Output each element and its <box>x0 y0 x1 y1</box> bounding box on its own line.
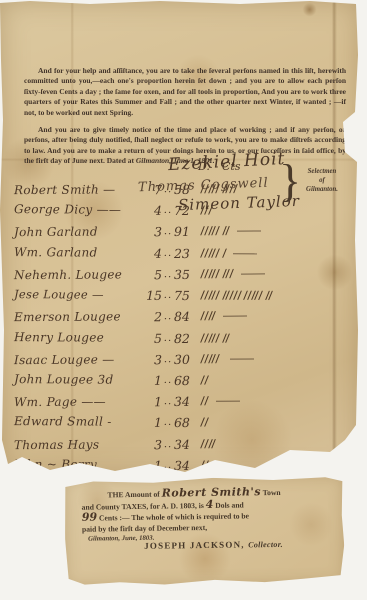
taxpayer-name: John Garland <box>14 225 142 240</box>
tally-mark <box>204 375 209 385</box>
slip-line1-suffix: Town <box>261 488 281 497</box>
tally-dash-line <box>230 358 254 359</box>
tax-list: Robert Smith —7..58George Dicy ——4..72Jo… <box>14 179 348 475</box>
tally-dash-line <box>216 400 240 401</box>
tax-dollars: 3 <box>142 351 162 366</box>
tax-cents: 75 <box>174 288 198 303</box>
tally-mark <box>208 205 213 215</box>
tax-cents: 84 <box>174 309 198 324</box>
tally-mark <box>204 460 209 470</box>
taxpayer-name: Edward Small - <box>14 415 142 430</box>
slip-dollars-amount: 4 <box>206 497 214 510</box>
column-header-dollars: D. <box>198 160 210 173</box>
taxpayer-name: John Lougee 3d <box>14 372 142 387</box>
tally-mark <box>237 291 242 301</box>
taxpayer-name: George Dicy —— <box>14 202 142 217</box>
taxpayer-name: Thomas Hays <box>14 437 142 452</box>
tax-cents: 23 <box>174 245 198 260</box>
warrant-paragraph-1: And for your help and aſſiſtance, you ar… <box>24 66 346 118</box>
tally-marks <box>202 353 254 363</box>
tax-cents: 34 <box>174 436 198 451</box>
tax-dollars: 15 <box>142 287 162 302</box>
tax-separator: .. <box>162 268 174 279</box>
tally-mark <box>229 269 234 279</box>
tally-mark <box>200 460 205 470</box>
tally-mark <box>215 354 220 364</box>
tax-separator: .. <box>162 205 174 216</box>
slip-line2-suffix: Dols and <box>213 500 244 509</box>
taxpayer-name: Emerson Lougee <box>14 310 142 325</box>
tally-mark <box>215 248 220 258</box>
tax-dollars: 7 <box>142 182 162 197</box>
tax-row: Isaac Lougee —3..30 <box>14 348 348 370</box>
tax-separator: .. <box>162 311 174 322</box>
tally-marks <box>202 205 213 215</box>
tally-marks <box>202 396 240 406</box>
tax-cents: 82 <box>174 330 198 345</box>
tally-mark <box>233 184 238 194</box>
taxpayer-name: Henry Lougee <box>14 330 142 345</box>
tax-dollars: 3 <box>142 224 162 239</box>
slip-cents-amount: 99 <box>82 511 97 524</box>
tax-cents: 58 <box>174 181 198 196</box>
taxpayer-name: Isaac Lougee — <box>14 352 142 367</box>
document-photo: And for your help and aſſiſtance, you ar… <box>0 0 367 600</box>
tax-separator: .. <box>162 417 174 428</box>
tally-mark <box>215 184 220 194</box>
tax-cents: 35 <box>174 266 198 281</box>
tally-dash-line <box>237 230 261 231</box>
tally-marks <box>202 333 231 343</box>
tally-marks <box>202 438 217 448</box>
tax-row: Jese Lougee —15..75 <box>14 284 348 306</box>
tax-cents: 72 <box>174 203 198 218</box>
tax-row: Emerson Lougee2..84 <box>14 305 348 327</box>
slip-line2-prefix: and County TAXES, for A. D. 1803, is <box>82 501 206 512</box>
tax-separator: .. <box>162 226 174 237</box>
tax-receipt-slip: THE Amount of Robert Smith's Town and Co… <box>63 475 345 588</box>
tax-row: George Dicy ——4..72 <box>14 199 348 221</box>
tax-row: Thomas Hays3..34 <box>14 432 348 454</box>
tax-separator: .. <box>162 459 174 470</box>
tally-mark <box>212 311 217 321</box>
tax-dollars: 1 <box>142 372 162 387</box>
tax-row: Henry Lougee5..82 <box>14 327 348 349</box>
tax-dollars: 4 <box>142 245 162 260</box>
tally-mark <box>215 290 220 300</box>
tally-marks <box>202 460 210 470</box>
tax-separator: .. <box>162 353 174 364</box>
tax-separator: .. <box>162 374 174 385</box>
tax-dollars: 3 <box>142 436 162 451</box>
tax-dollars: 5 <box>142 267 162 282</box>
taxpayer-name: Jese Lougee — <box>14 287 142 302</box>
slip-line3-text: Cents :— The whole of which is required … <box>97 512 249 523</box>
tax-dollars: 1 <box>142 457 162 472</box>
tally-dash-line <box>233 252 257 253</box>
tally-mark <box>226 226 231 236</box>
tax-dollars: 1 <box>142 415 162 430</box>
tax-row: John Garland3..91 <box>14 220 348 242</box>
tally-marks <box>202 311 247 321</box>
tally-marks <box>202 226 261 236</box>
taxpayer-name: Nehemh. Lougee <box>14 267 142 282</box>
selectmen-caption-line1: Selectmen <box>297 167 347 176</box>
tax-separator: .. <box>162 438 174 449</box>
tax-separator: .. <box>162 289 174 300</box>
tax-cents: 34 <box>174 394 198 409</box>
taxpayer-name: Wm. Page —— <box>14 394 142 409</box>
collector-name: JOSEPH JACKSON, <box>144 539 248 550</box>
tax-warrant-document: And for your help and aſſiſtance, you ar… <box>0 0 360 478</box>
tally-mark <box>258 291 263 301</box>
tally-dash-line <box>241 273 265 274</box>
tax-row: Wm. Garland4..23 <box>14 242 348 264</box>
tally-marks <box>202 375 210 385</box>
tax-row: Edward Small -1..68 <box>14 412 348 434</box>
tally-mark <box>204 396 209 406</box>
tax-row: Nehemh. Lougee5..35 <box>14 263 348 285</box>
tax-separator: .. <box>162 332 174 343</box>
taxpayer-name: Wm. Garland <box>14 245 142 260</box>
tax-cents: 68 <box>174 372 198 387</box>
tax-dollars: 4 <box>142 203 162 218</box>
tax-row: John Lougee 3d1..68 <box>14 369 348 391</box>
tally-mark <box>215 269 220 279</box>
tax-separator: .. <box>162 184 174 195</box>
tax-dollars: 1 <box>142 394 162 409</box>
tally-mark <box>222 248 227 258</box>
tax-cents: 34 <box>174 457 198 472</box>
tax-separator: .. <box>162 247 174 258</box>
tally-mark <box>215 226 220 236</box>
tax-row: Robert Smith —7..58 <box>14 178 348 200</box>
slip-line1-prefix: THE Amount of <box>107 490 161 500</box>
tally-marks <box>202 184 239 194</box>
slip-body: THE Amount of Robert Smith's Town and Co… <box>81 486 328 553</box>
tax-row: John ~ Berry1..34 <box>14 454 348 476</box>
tally-marks <box>202 418 210 428</box>
taxpayer-name: John ~ Berry <box>14 457 142 472</box>
collector-title: Collector. <box>248 540 283 549</box>
taxpayer-name: Robert Smith — <box>14 182 142 197</box>
tax-cents: 30 <box>174 351 198 366</box>
column-header-cents: Cts <box>222 160 240 173</box>
tally-marks <box>202 268 265 278</box>
tax-separator: .. <box>162 396 174 407</box>
tax-cents: 68 <box>174 415 198 430</box>
tally-dash-line <box>223 315 247 316</box>
tax-dollars: 5 <box>142 330 162 345</box>
tax-dollars: 2 <box>142 309 162 324</box>
tally-mark <box>204 418 209 428</box>
tax-row: Wm. Page ——1..34 <box>14 390 348 412</box>
tax-cents: 91 <box>174 224 198 239</box>
tally-marks <box>202 248 257 258</box>
tally-marks <box>202 290 274 300</box>
tally-mark <box>215 333 220 343</box>
